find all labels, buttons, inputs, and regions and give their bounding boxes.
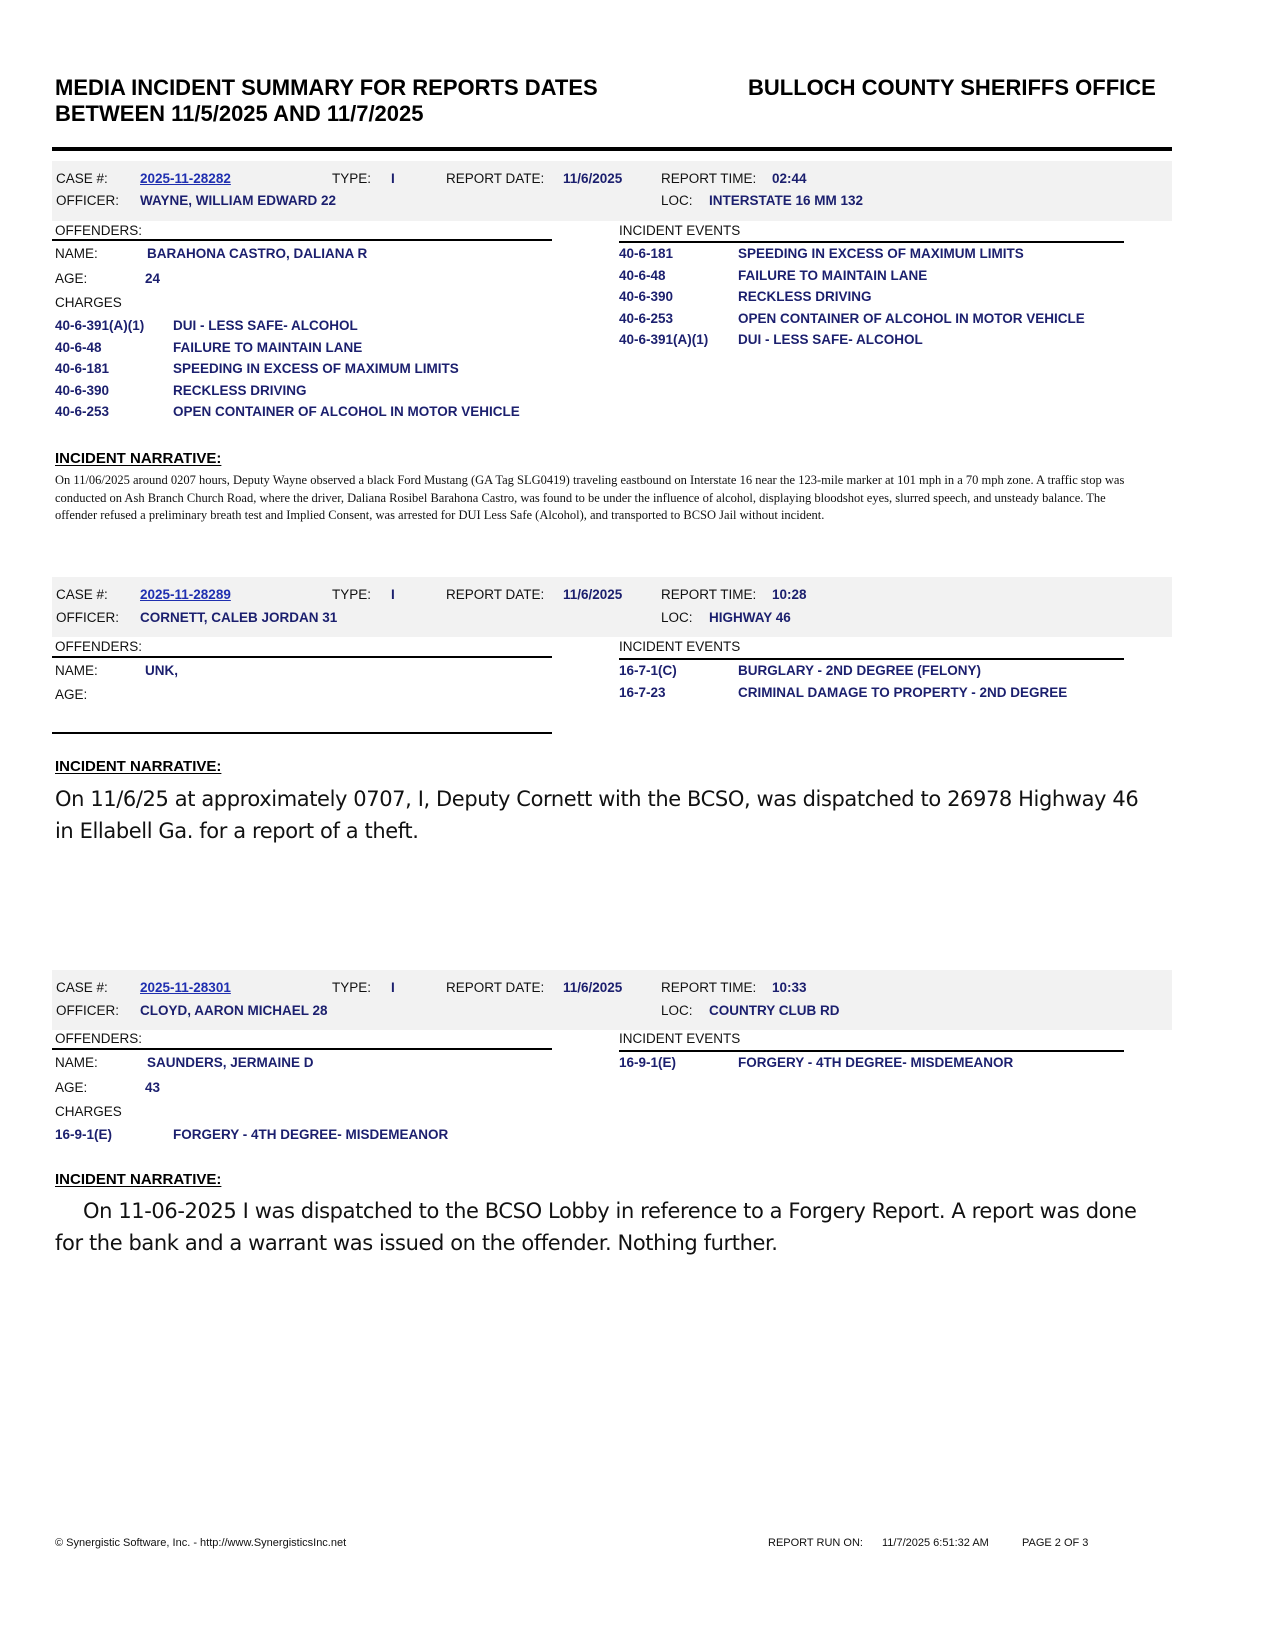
case-number-link[interactable]: 2025-11-28301 (140, 980, 231, 995)
statute-code: 40-6-253 (619, 311, 673, 326)
offender-age-value: 43 (145, 1080, 160, 1095)
offense-description: FAILURE TO MAINTAIN LANE (173, 340, 362, 355)
offender-name-label: NAME: (55, 663, 98, 678)
offense-description: FORGERY - 4TH DEGREE- MISDEMEANOR (173, 1127, 448, 1142)
offense-description: FAILURE TO MAINTAIN LANE (738, 268, 927, 283)
footer-copyright: © Synergistic Software, Inc. - http://ww… (55, 1537, 346, 1549)
offense-description: SPEEDING IN EXCESS OF MAXIMUM LIMITS (738, 246, 1024, 261)
location-value: INTERSTATE 16 MM 132 (709, 193, 863, 208)
narrative-heading: INCIDENT NARRATIVE: (55, 758, 221, 775)
offender-name-value: BARAHONA CASTRO, DALIANA R (147, 246, 367, 261)
officer-label: OFFICER: (56, 1003, 119, 1018)
type-value: I (391, 587, 395, 602)
statute-code: 40-6-253 (55, 404, 109, 419)
report-time-value: 02:44 (772, 171, 807, 186)
report-time-label: REPORT TIME: (661, 587, 756, 602)
case-number-link[interactable]: 2025-11-28289 (140, 587, 231, 602)
offender-name-value: UNK, (145, 663, 178, 678)
narrative-heading: INCIDENT NARRATIVE: (55, 450, 221, 467)
officer-value: WAYNE, WILLIAM EDWARD 22 (140, 193, 336, 208)
offender-name-label: NAME: (55, 1055, 98, 1070)
report-time-value: 10:28 (772, 587, 807, 602)
offense-description: SPEEDING IN EXCESS OF MAXIMUM LIMITS (173, 361, 459, 376)
offenders-heading: OFFENDERS: (55, 223, 142, 238)
statute-code: 40-6-48 (619, 268, 666, 283)
incident-events-heading: INCIDENT EVENTS (619, 639, 740, 654)
offenders-heading: OFFENDERS: (55, 639, 142, 654)
organization-name: BULLOCH COUNTY SHERIFFS OFFICE (748, 75, 1156, 101)
narrative-heading: INCIDENT NARRATIVE: (55, 1171, 221, 1188)
officer-label: OFFICER: (56, 610, 119, 625)
type-label: TYPE: (332, 171, 371, 186)
case-number-label: CASE #: (56, 171, 108, 186)
incident-events-heading: INCIDENT EVENTS (619, 1031, 740, 1046)
offenders-divider (52, 239, 552, 241)
offense-description: DUI - LESS SAFE- ALCOHOL (738, 332, 923, 347)
offense-description: DUI - LESS SAFE- ALCOHOL (173, 318, 358, 333)
location-label: LOC: (661, 1003, 693, 1018)
type-label: TYPE: (332, 587, 371, 602)
case-number-link[interactable]: 2025-11-28282 (140, 171, 231, 186)
offender-name-label: NAME: (55, 246, 98, 261)
officer-value: CORNETT, CALEB JORDAN 31 (140, 610, 337, 625)
offense-description: BURGLARY - 2ND DEGREE (FELONY) (738, 663, 981, 678)
type-label: TYPE: (332, 980, 371, 995)
report-date-label: REPORT DATE: (446, 171, 544, 186)
statute-code: 40-6-391(A)(1) (55, 318, 144, 333)
narrative-text: On 11/6/25 at approximately 0707, I, Dep… (55, 783, 1145, 847)
offender-age-value: 24 (145, 271, 160, 286)
report-time-label: REPORT TIME: (661, 171, 756, 186)
offender-name-value: SAUNDERS, JERMAINE D (147, 1055, 314, 1070)
type-value: I (391, 980, 395, 995)
offender-age-label: AGE: (55, 1080, 87, 1095)
offender-age-label: AGE: (55, 687, 87, 702)
statute-code: 40-6-390 (55, 383, 109, 398)
statute-code: 16-9-1(E) (55, 1127, 112, 1142)
statute-code: 40-6-181 (619, 246, 673, 261)
offense-description: RECKLESS DRIVING (173, 383, 307, 398)
page-number: PAGE 2 OF 3 (1022, 1537, 1088, 1549)
narrative-text: On 11-06-2025 I was dispatched to the BC… (55, 1195, 1145, 1259)
location-value: COUNTRY CLUB RD (709, 1003, 840, 1018)
header-divider (52, 147, 1172, 151)
offenders-heading: OFFENDERS: (55, 1031, 142, 1046)
offense-description: RECKLESS DRIVING (738, 289, 872, 304)
statute-code: 40-6-181 (55, 361, 109, 376)
offenders-divider (52, 1048, 552, 1050)
report-time-label: REPORT TIME: (661, 980, 756, 995)
statute-code: 40-6-391(A)(1) (619, 332, 708, 347)
officer-label: OFFICER: (56, 193, 119, 208)
location-label: LOC: (661, 193, 693, 208)
report-date-value: 11/6/2025 (563, 171, 622, 186)
offense-description: CRIMINAL DAMAGE TO PROPERTY - 2ND DEGREE (738, 685, 1067, 700)
report-date-value: 11/6/2025 (563, 587, 622, 602)
statute-code: 16-9-1(E) (619, 1055, 676, 1070)
report-time-value: 10:33 (772, 980, 807, 995)
offender-age-label: AGE: (55, 271, 87, 286)
location-value: HIGHWAY 46 (709, 610, 791, 625)
statute-code: 40-6-390 (619, 289, 673, 304)
narrative-text: On 11/06/2025 around 0207 hours, Deputy … (55, 472, 1140, 525)
type-value: I (391, 171, 395, 186)
report-date-label: REPORT DATE: (446, 587, 544, 602)
statute-code: 40-6-48 (55, 340, 102, 355)
charges-heading: CHARGES (55, 295, 122, 310)
charges-heading: CHARGES (55, 1104, 122, 1119)
location-label: LOC: (661, 610, 693, 625)
offense-description: OPEN CONTAINER OF ALCOHOL IN MOTOR VEHIC… (173, 404, 520, 419)
report-title: MEDIA INCIDENT SUMMARY FOR REPORTS DATES… (55, 75, 695, 127)
case-header-box (52, 161, 1172, 221)
case-header-box (52, 970, 1172, 1030)
report-date-value: 11/6/2025 (563, 980, 622, 995)
offense-description: FORGERY - 4TH DEGREE- MISDEMEANOR (738, 1055, 1013, 1070)
statute-code: 16-7-23 (619, 685, 666, 700)
incident-events-heading: INCIDENT EVENTS (619, 223, 740, 238)
report-date-label: REPORT DATE: (446, 980, 544, 995)
events-divider (619, 658, 1124, 660)
offenders-divider (52, 656, 552, 658)
report-run-label: REPORT RUN ON: (768, 1537, 863, 1549)
case-number-label: CASE #: (56, 587, 108, 602)
offender-end-divider (52, 732, 552, 734)
case-header-box (52, 577, 1172, 637)
events-divider (619, 1050, 1124, 1052)
statute-code: 16-7-1(C) (619, 663, 677, 678)
case-number-label: CASE #: (56, 980, 108, 995)
events-divider (619, 241, 1124, 243)
officer-value: CLOYD, AARON MICHAEL 28 (140, 1003, 328, 1018)
offense-description: OPEN CONTAINER OF ALCOHOL IN MOTOR VEHIC… (738, 311, 1085, 326)
report-run-value: 11/7/2025 6:51:32 AM (882, 1537, 989, 1549)
